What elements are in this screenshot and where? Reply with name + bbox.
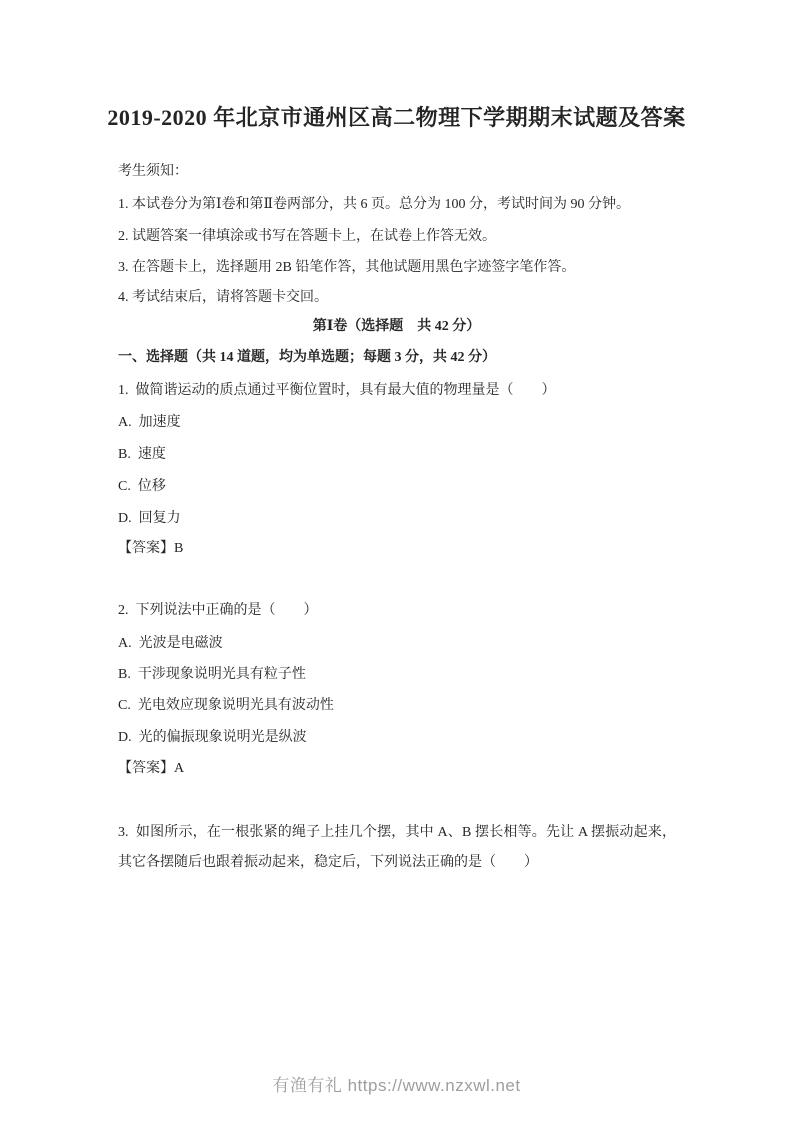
question-1-stem: 1. 做简谐运动的质点通过平衡位置时，具有最大值的物理量是（ ） (118, 383, 556, 400)
question-3-stem: 3. 如图所示，在一根张紧的绳子上挂几个摆，其中 A、B 摆长相等。先让 A 摆… (118, 818, 676, 878)
part-heading: 一、选择题（共 14 道题，均为单选题；每题 3 分，共 42 分） (118, 350, 496, 367)
question-1-option-b: B. 速度 (118, 447, 166, 464)
question-2-option-d: D. 光的偏振现象说明光是纵波 (118, 730, 307, 747)
notice-line-4: 4. 考试结束后，请将答题卡交回。 (118, 290, 328, 307)
question-1-option-a: A. 加速度 (118, 415, 181, 432)
section-heading: 第Ⅰ卷（选择题 共 42 分） (0, 319, 793, 336)
question-1-option-d: D. 回复力 (118, 511, 181, 528)
notice-line-1: 1. 本试卷分为第Ⅰ卷和第Ⅱ卷两部分，共 6 页。总分为 100 分，考试时间为… (118, 197, 630, 214)
document-title: 2019-2020 年北京市通州区高二物理下学期期末试题及答案 (0, 101, 793, 132)
question-2-option-a: A. 光波是电磁波 (118, 636, 223, 653)
question-2-answer: 【答案】A (118, 761, 184, 778)
notice-line-2: 2. 试题答案一律填涂或书写在答题卡上，在试卷上作答无效。 (118, 229, 496, 246)
question-2-option-b: B. 干涉现象说明光具有粒子性 (118, 667, 306, 684)
notice-line-3: 3. 在答题卡上，选择题用 2B 铅笔作答，其他试题用黑色字迹签字笔作答。 (118, 260, 575, 277)
document-page: 2019-2020 年北京市通州区高二物理下学期期末试题及答案 考生须知： 1.… (0, 0, 793, 1122)
notice-heading: 考生须知： (118, 164, 188, 181)
question-1-option-c: C. 位移 (118, 479, 166, 496)
question-2-stem: 2. 下列说法中正确的是（ ） (118, 603, 318, 620)
watermark-footer: 有渔有礼 https://www.nzxwl.net (0, 1071, 793, 1096)
question-1-answer: 【答案】B (118, 541, 183, 558)
question-2-option-c: C. 光电效应现象说明光具有波动性 (118, 698, 334, 715)
